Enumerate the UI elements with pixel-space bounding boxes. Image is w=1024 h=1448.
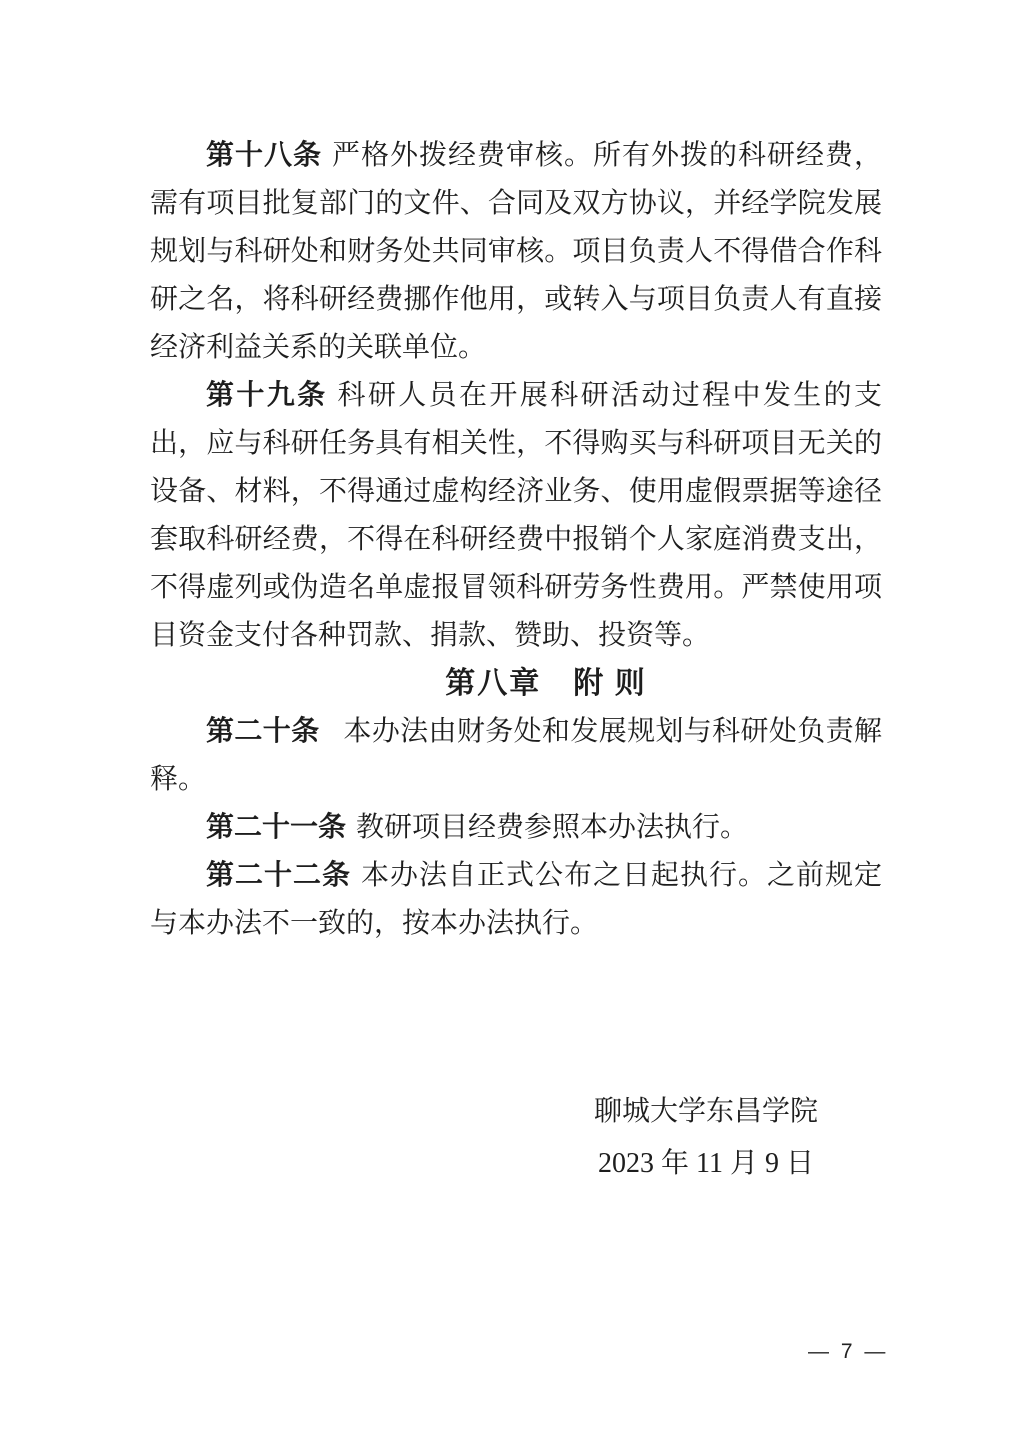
page-number: — 7 — [808,1340,888,1364]
article-21-paragraph: 第二十一条教研项目经费参照本办法执行。 [150,804,882,852]
article-18-paragraph: 第十八条严格外拨经费审核。所有外拨的科研经费，需有项目批复部门的文件、合同及双方… [150,132,882,372]
signature-block: 聊城大学东昌学院 2023 年 11 月 9 日 [556,1086,856,1190]
article-19-text: 科研人员在开展科研活动过程中发生的支出，应与科研任务具有相关性，不得购买与科研项… [150,380,882,651]
signature-date: 2023 年 11 月 9 日 [556,1138,856,1190]
article-21-text: 教研项目经费参照本办法执行。 [356,812,748,843]
article-19-number: 第十九条 [206,380,328,411]
signature-organization: 聊城大学东昌学院 [556,1086,856,1138]
article-19-paragraph: 第十九条科研人员在开展科研活动过程中发生的支出，应与科研任务具有相关性，不得购买… [150,372,882,660]
chapter-heading: 第八章 附 则 [150,660,882,708]
article-22-paragraph: 第二十二条本办法自正式公布之日起执行。之前规定与本办法不一致的，按本办法执行。 [150,852,882,948]
article-21-number: 第二十一条 [206,812,346,843]
article-22-number: 第二十二条 [206,860,351,891]
article-20-paragraph: 第二十条本办法由财务处和发展规划与科研处负责解释。 [150,708,882,804]
document-page: 第十八条严格外拨经费审核。所有外拨的科研经费，需有项目批复部门的文件、合同及双方… [0,0,1024,1448]
article-18-text: 严格外拨经费审核。所有外拨的科研经费，需有项目批复部门的文件、合同及双方协议，并… [150,140,882,363]
article-18-number: 第十八条 [206,140,322,171]
article-20-number: 第二十条 [206,716,319,747]
document-body: 第十八条严格外拨经费审核。所有外拨的科研经费，需有项目批复部门的文件、合同及双方… [150,132,882,948]
